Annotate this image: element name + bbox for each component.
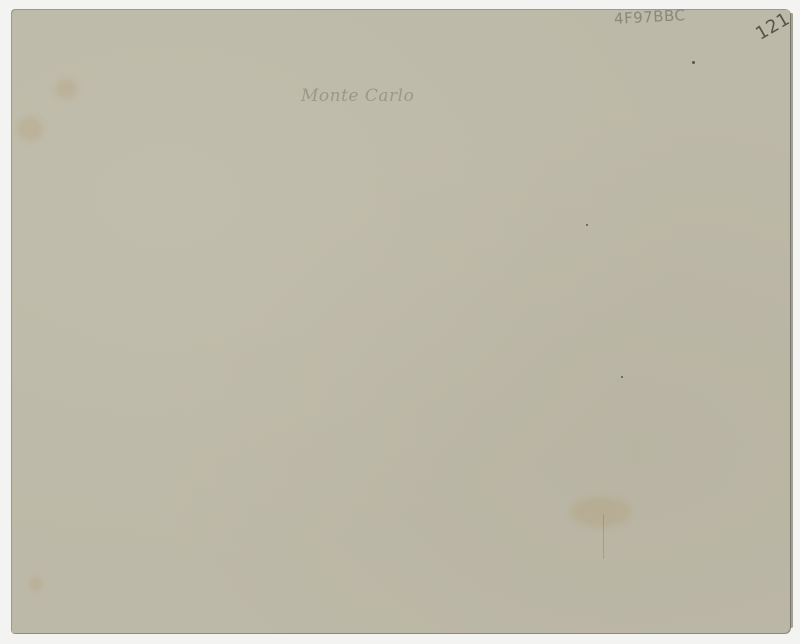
- dust-speck: [621, 376, 623, 378]
- catalog-number-annotation: 4F97BBC: [614, 6, 686, 28]
- foxing-stain: [55, 79, 77, 99]
- foxing-stain: [17, 117, 43, 141]
- card-verso: Monte Carlo: [11, 9, 791, 634]
- dust-speck: [586, 224, 588, 226]
- location-annotation: Monte Carlo: [301, 86, 414, 106]
- foxing-stain: [29, 577, 43, 591]
- dust-speck: [692, 61, 695, 64]
- crease-mark: [603, 514, 604, 559]
- foxing-stain: [571, 497, 631, 527]
